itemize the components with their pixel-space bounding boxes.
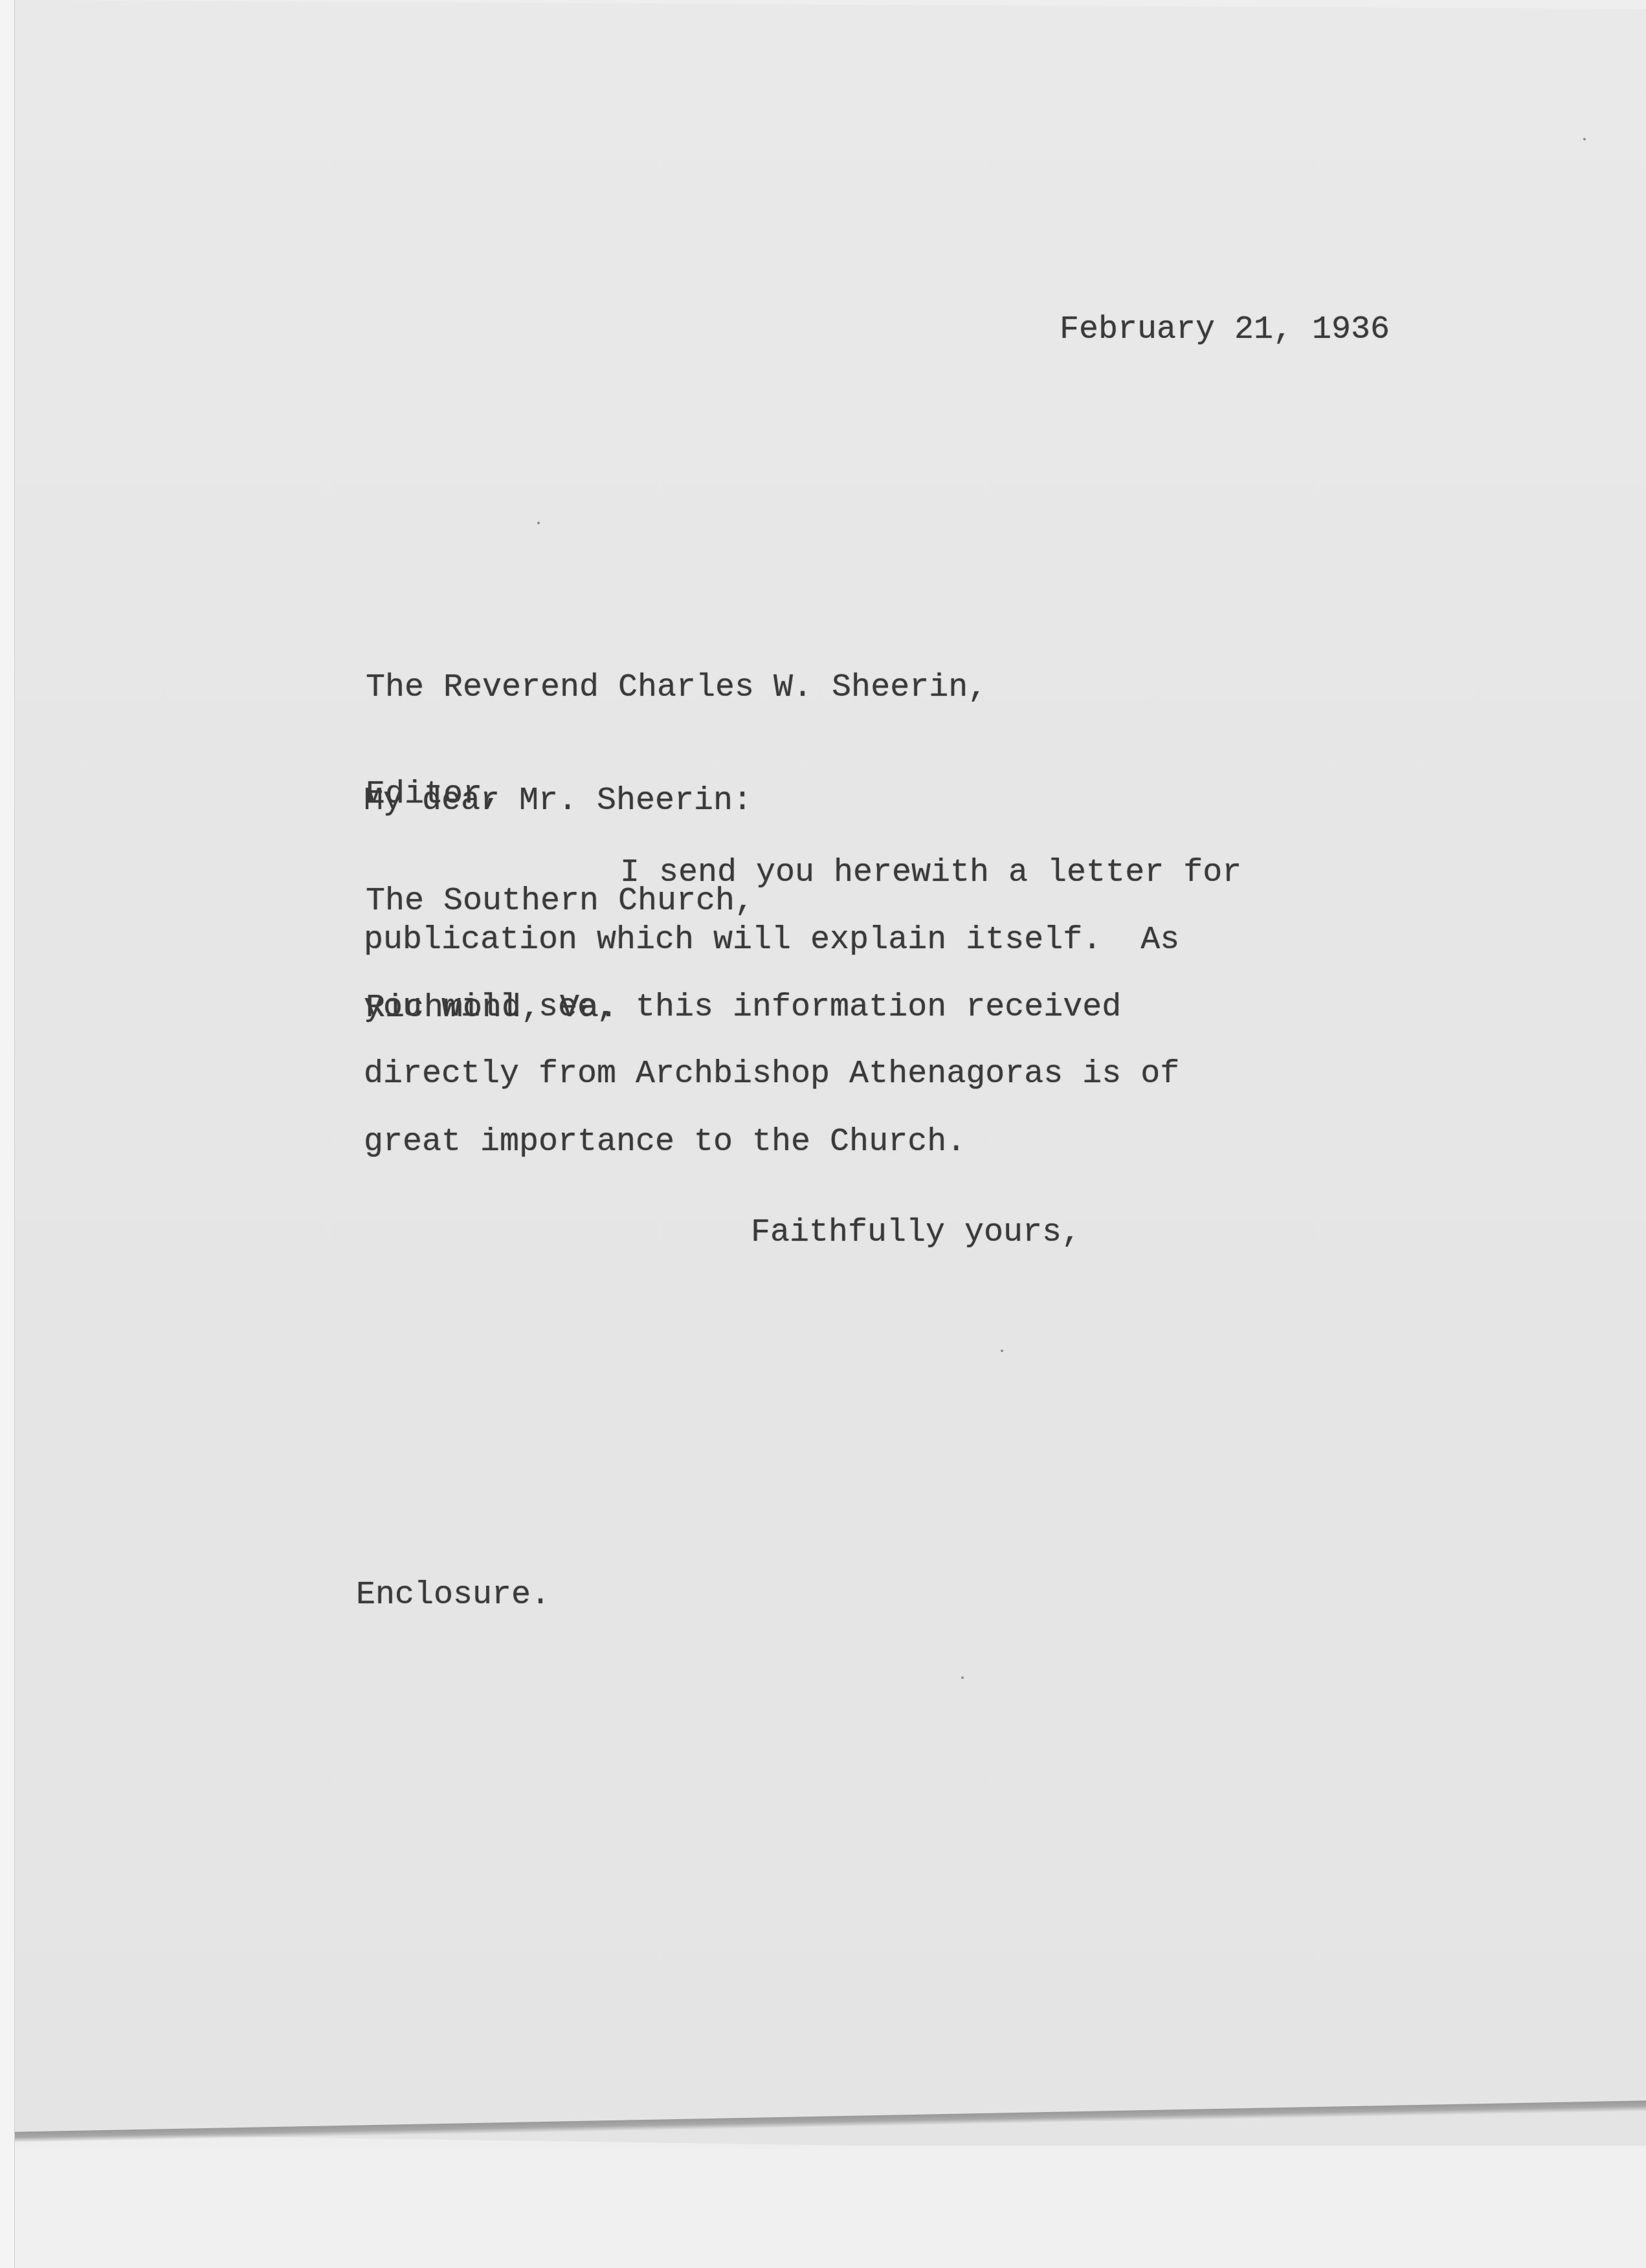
body-line: publication which will explain itself. A… xyxy=(364,924,1179,957)
body-line: I send you herewith a letter for xyxy=(620,857,1241,889)
paper-speck xyxy=(1001,1350,1003,1352)
scanner-bed-background xyxy=(0,2149,1646,2268)
address-line: The Reverend Charles W. Sheerin, xyxy=(366,670,987,706)
body-line: you will see, this information received xyxy=(364,992,1121,1024)
closing: Faithfully yours, xyxy=(751,1217,1081,1249)
scanner-bed-edge xyxy=(0,0,15,2268)
letter-date: February 21, 1936 xyxy=(1060,314,1390,346)
paper-speck xyxy=(961,1676,964,1679)
salutation: My dear Mr. Sheerin: xyxy=(364,785,752,817)
body-line: directly from Archbishop Athenagoras is … xyxy=(364,1058,1179,1091)
enclosure-note: Enclosure. xyxy=(356,1579,550,1612)
scanned-page: February 21, 1936 The Reverend Charles W… xyxy=(0,0,1646,2268)
paper-speck xyxy=(537,522,540,524)
paper-speck xyxy=(1583,138,1586,140)
body-line: great importance to the Church. xyxy=(364,1126,966,1159)
